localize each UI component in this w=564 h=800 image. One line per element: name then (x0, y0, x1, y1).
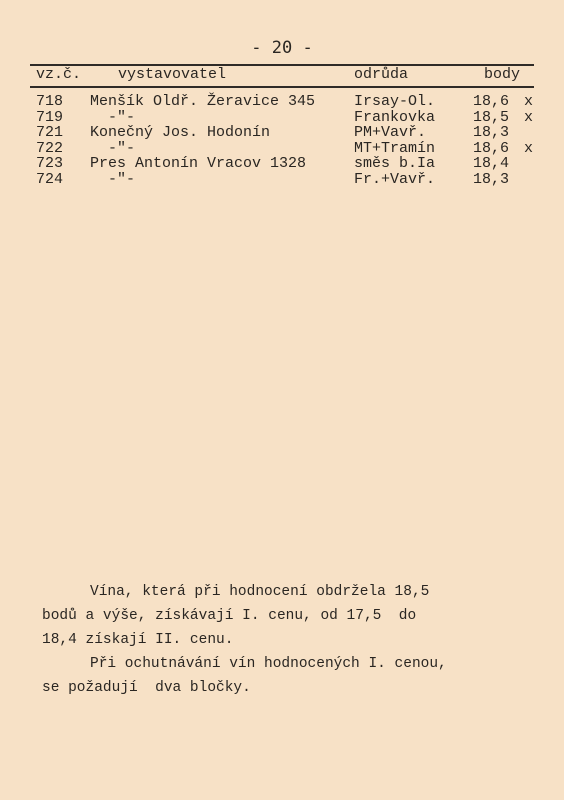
header-points: body (484, 66, 520, 83)
note-line: se požadují dva bločky. (42, 680, 251, 696)
header-exhibitor: vystavovatel (118, 66, 226, 83)
award-mark: x (524, 110, 533, 126)
note-line: 18,4 získají II. cenu. (42, 632, 233, 648)
exhibitor: Pres Antonín Vracov 1328 (90, 156, 306, 172)
points: 18,6 (473, 94, 509, 110)
sample-number: 724 (36, 172, 63, 188)
points: 18,3 (473, 172, 509, 188)
points: 18,4 (473, 156, 509, 172)
sample-number: 723 (36, 156, 63, 172)
award-mark: x (524, 141, 533, 157)
table-row: 718Menšík Oldř. Žeravice 345Irsay-Ol.18,… (0, 94, 564, 110)
award-mark: x (524, 94, 533, 110)
variety: Irsay-Ol. (354, 94, 435, 110)
page-number: - 20 - (0, 38, 564, 58)
table-row: 721Konečný Jos. HodonínPM+Vavř.18,3 (0, 125, 564, 141)
exhibitor: Konečný Jos. Hodonín (90, 125, 270, 141)
exhibitor: Menšík Oldř. Žeravice 345 (90, 94, 315, 110)
note-line: Při ochutnávání vín hodnocených I. cenou… (90, 656, 447, 672)
sample-number: 718 (36, 94, 63, 110)
exhibitor: -"- (90, 172, 135, 188)
table-header-rule (30, 86, 534, 88)
variety: PM+Vavř. (354, 125, 426, 141)
table-row: 723Pres Antonín Vracov 1328směs b.Ia18,4 (0, 156, 564, 172)
header-number: vz.č. (36, 66, 81, 83)
sample-number: 721 (36, 125, 63, 141)
header-variety: odrůda (354, 66, 408, 83)
table-top-rule (30, 64, 534, 66)
table-row: 724 -"-Fr.+Vavř.18,3 (0, 172, 564, 188)
note-line: bodů a výše, získávají I. cenu, od 17,5 … (42, 608, 416, 624)
variety: Fr.+Vavř. (354, 172, 435, 188)
variety: směs b.Ia (354, 156, 435, 172)
points: 18,3 (473, 125, 509, 141)
note-line: Vína, která při hodnocení obdržela 18,5 (90, 584, 429, 600)
